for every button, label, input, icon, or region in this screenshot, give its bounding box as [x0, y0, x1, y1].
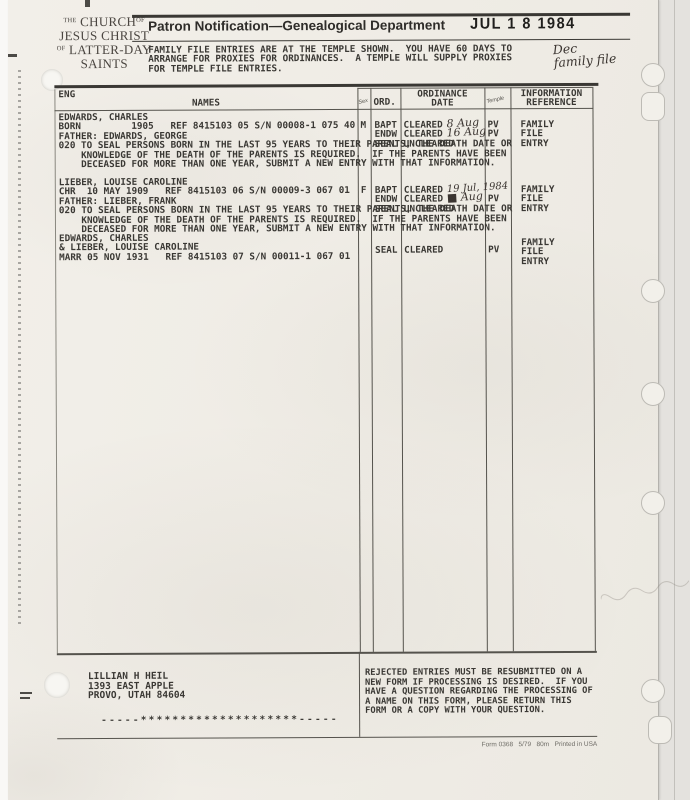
ordinance-block: SEAL CLEARED PV	[375, 245, 600, 255]
col-line-sex	[357, 88, 360, 652]
notice-line: FOR TEMPLE FILE ENTRIES.	[148, 63, 512, 74]
reference-block: FAMILY FILE ENTRY	[521, 120, 555, 148]
reference-block: FAMILY FILE ENTRY	[521, 238, 555, 266]
notice-text: FAMILY FILE ENTRIES ARE AT THE TEMPLE SH…	[148, 44, 512, 74]
table-left-border	[54, 89, 57, 653]
temple-code: PV	[488, 130, 499, 139]
col-header-reference: REFERENCE	[510, 98, 592, 108]
footer-bottom-rule	[57, 736, 597, 739]
ordinance-block: F BAPT CLEARED 19 Jul, 1984 ENDW CLEARED…	[375, 185, 600, 214]
patron-address: LILLIAN H HEIL 1393 EAST APPLE PROVO, UT…	[88, 672, 185, 702]
handwritten-date: 16 Aug	[446, 127, 486, 139]
footer-divider	[359, 652, 360, 737]
church-logo: THE CHURCHOF JESUS CHRIST OF LATTER-DAY …	[46, 14, 162, 71]
ordinance-line: SEAL UNCLEARED	[375, 204, 600, 214]
ordinance-line: SEAL UNCLEARED	[375, 139, 600, 149]
asterisk-separator: -----********************-----	[101, 715, 339, 725]
col-header-ord: ORD.	[373, 98, 395, 108]
col-header-date: DATE	[400, 98, 484, 108]
col-header-names: NAMES	[54, 98, 357, 109]
col-line-ord	[370, 88, 373, 652]
underlying-sheet-edge	[674, 0, 675, 800]
sex-value: M	[361, 121, 367, 130]
reference-block: FAMILY FILE ENTRY	[521, 185, 555, 213]
ordinance-block: M BAPT CLEARED 8 Aug PV ENDW CLEARED 16 …	[375, 120, 600, 149]
col-header-temple: Temple	[486, 95, 505, 105]
col-line-info	[510, 87, 513, 651]
logo-line-3: OF LATTER-DAY	[46, 42, 162, 57]
temple-code: PV	[488, 195, 499, 204]
logo-line-4: SAINTS	[46, 56, 162, 70]
table-row: EDWARDS, CHARLES BORN 1905 REF 8415103 0…	[58, 111, 603, 170]
col-line-date	[400, 88, 403, 652]
table-bottom-border	[57, 651, 597, 655]
form-number: Form 0368 5/79 80m Printed in USA	[482, 741, 598, 749]
table-right-border	[592, 87, 595, 651]
col-line-temple	[484, 87, 487, 651]
ordinance-line: SEAL CLEARED PV	[375, 245, 600, 255]
document-title: Patron Notification—Genealogical Departm…	[148, 18, 445, 34]
handwritten-date: ■ Aug	[447, 192, 483, 203]
sex-value: F	[361, 186, 367, 195]
handwritten-annotation: Dec family file	[552, 39, 616, 70]
scanned-document-page: THE CHURCHOF JESUS CHRIST OF LATTER-DAY …	[8, 0, 659, 800]
rejected-entries-notice: REJECTED ENTRIES MUST BE RESUBMITTED ON …	[365, 668, 593, 716]
temple-code: PV	[488, 245, 499, 254]
table-row: EDWARDS, CHARLES & LIEBER, LOUISE CAROLI…	[59, 232, 604, 263]
table-row: LIEBER, LOUISE CAROLINE CHR 10 MAY 1909 …	[59, 176, 604, 235]
date-stamp: JUL 1 8 1984	[470, 15, 576, 33]
col-header-sex: Sex	[358, 98, 369, 106]
